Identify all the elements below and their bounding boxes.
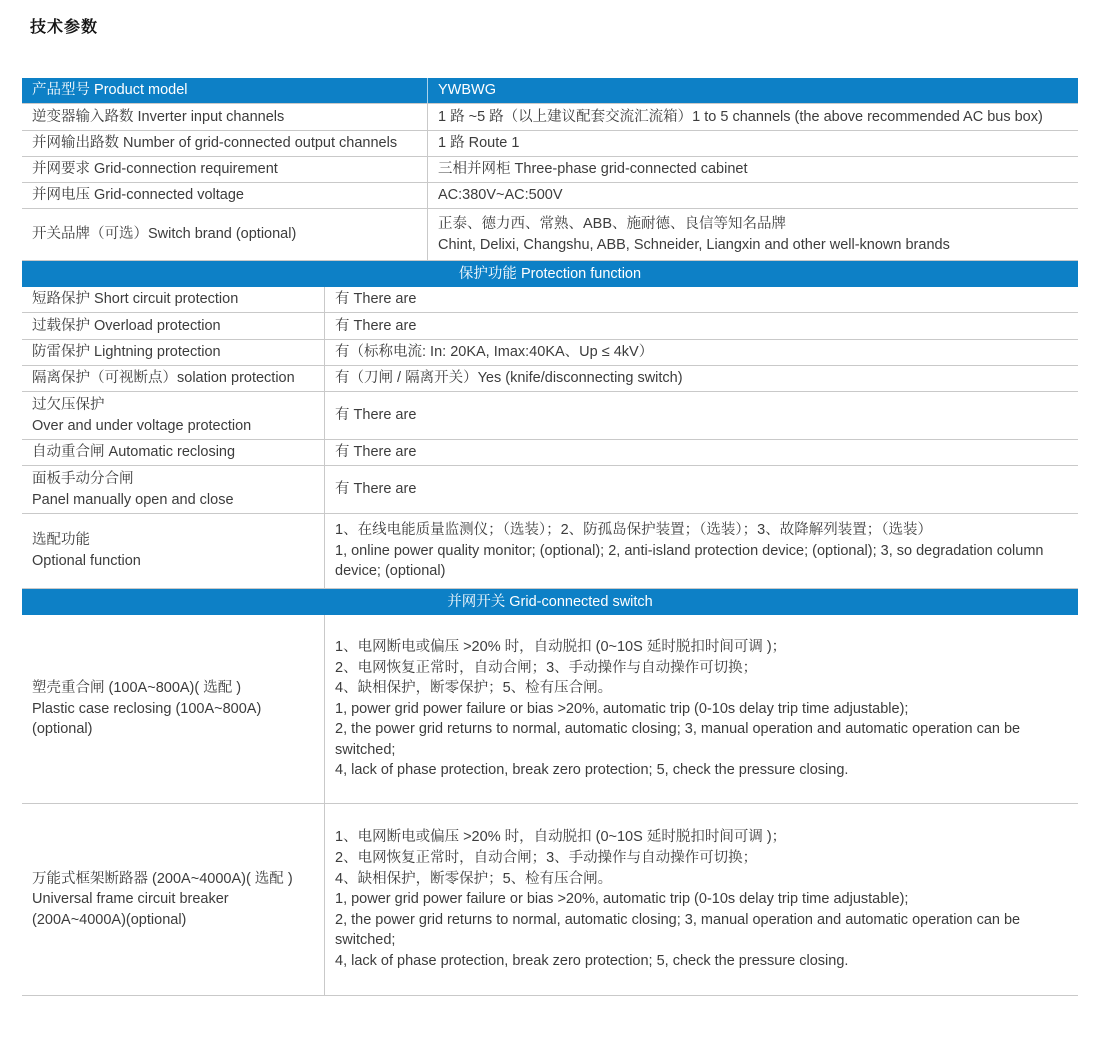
row-label: 选配功能 Optional function [32,530,141,571]
document-page: 技术参数 产品型号 Product model YWBWG 逆变器输入路数 In… [0,0,1104,1053]
row-label: 自动重合闸 Automatic reclosing [32,442,235,463]
row-value-cell: 有 There are [325,313,1078,339]
row-value: 有 There are [335,405,416,426]
row-value-cell: 1 路 Route 1 [428,131,1078,156]
row-label: 防雷保护 Lightning protection [32,342,221,363]
row-grid-connected-voltage: 并网电压 Grid-connected voltage AC:380V~AC:5… [22,183,1078,209]
row-value: 1、电网断电或偏压 >20% 时，自动脱扣 (0~10S 延时脱扣时间可调 )；… [335,827,1068,971]
row-label: 并网输出路数 Number of grid-connected output c… [32,133,397,154]
spec-table: 产品型号 Product model YWBWG 逆变器输入路数 Inverte… [22,78,1078,996]
row-label-cell: 防雷保护 Lightning protection [22,340,325,365]
row-label: 短路保护 Short circuit protection [32,289,238,310]
row-label-cell: 自动重合闸 Automatic reclosing [22,440,325,465]
row-label: 并网要求 Grid-connection requirement [32,159,278,180]
row-label-cell: 并网输出路数 Number of grid-connected output c… [22,131,428,156]
product-model-label-cell: 产品型号 Product model [22,78,428,103]
row-label: 过载保护 Overload protection [32,316,221,337]
row-label-cell: 选配功能 Optional function [22,514,325,588]
row-value-cell: 有（标称电流: In: 20KA, Imax:40KA、Up ≤ 4kV） [325,340,1078,365]
row-plastic-case-reclosing: 塑壳重合闸 (100A~800A)( 选配 ) Plastic case rec… [22,615,1078,804]
row-value: 有（标称电流: In: 20KA, Imax:40KA、Up ≤ 4kV） [335,342,653,363]
row-lightning-protection: 防雷保护 Lightning protection 有（标称电流: In: 20… [22,340,1078,366]
page-title: 技术参数 [30,14,98,37]
product-model-header-row: 产品型号 Product model YWBWG [22,78,1078,104]
row-inverter-input-channels: 逆变器输入路数 Inverter input channels 1 路 ~5 路… [22,104,1078,131]
row-value: 三相并网柜 Three-phase grid-connected cabinet [438,159,747,180]
section-title: 并网开关 Grid-connected switch [447,593,652,612]
row-label-cell: 开关品牌（可选）Switch brand (optional) [22,209,428,260]
row-automatic-reclosing: 自动重合闸 Automatic reclosing 有 There are [22,440,1078,466]
row-label-cell: 逆变器输入路数 Inverter input channels [22,104,428,130]
row-value-cell: 有 There are [325,392,1078,439]
row-label-cell: 万能式框架断路器 (200A~4000A)( 选配 ) Universal fr… [22,804,325,995]
row-value: 有 There are [335,479,416,500]
row-label-cell: 过载保护 Overload protection [22,313,325,339]
row-label-cell: 并网电压 Grid-connected voltage [22,183,428,208]
row-value-cell: 1 路 ~5 路（以上建议配套交流汇流箱）1 to 5 channels (th… [428,104,1078,130]
row-overload-protection: 过载保护 Overload protection 有 There are [22,313,1078,340]
row-value-cell: 1、在线电能质量监测仪；（选装）；2、防孤岛保护装置；（选装）；3、故降解列装置… [325,514,1078,588]
row-value: 正泰、德力西、常熟、ABB、施耐德、良信等知名品牌 Chint, Delixi,… [438,214,950,255]
row-grid-output-channels: 并网输出路数 Number of grid-connected output c… [22,131,1078,157]
row-value-cell: 有（刀闸 / 隔离开关）Yes (knife/disconnecting swi… [325,366,1078,391]
row-label-cell: 并网要求 Grid-connection requirement [22,157,428,182]
row-label: 开关品牌（可选）Switch brand (optional) [32,224,296,245]
row-value: 1 路 Route 1 [438,133,519,154]
row-short-circuit-protection: 短路保护 Short circuit protection 有 There ar… [22,287,1078,313]
row-over-under-voltage-protection: 过欠压保护 Over and under voltage protection … [22,392,1078,440]
row-value: AC:380V~AC:500V [438,185,563,206]
row-value: 有 There are [335,316,416,337]
row-label: 过欠压保护 Over and under voltage protection [32,395,251,436]
row-label-cell: 隔离保护（可视断点）solation protection [22,366,325,391]
row-label: 并网电压 Grid-connected voltage [32,185,244,206]
row-label: 逆变器输入路数 Inverter input channels [32,107,284,128]
row-label: 隔离保护（可视断点）solation protection [32,368,295,389]
row-value: 有 There are [335,442,416,463]
product-model-value: YWBWG [438,80,496,101]
section-header-protection-function: 保护功能 Protection function [22,261,1078,287]
row-value: 有（刀闸 / 隔离开关）Yes (knife/disconnecting swi… [335,368,683,389]
section-title: 保护功能 Protection function [459,265,641,284]
row-value-cell: 有 There are [325,466,1078,513]
row-grid-connection-requirement: 并网要求 Grid-connection requirement 三相并网柜 T… [22,157,1078,183]
row-optional-function: 选配功能 Optional function 1、在线电能质量监测仪；（选装）；… [22,514,1078,589]
section-header-grid-connected-switch: 并网开关 Grid-connected switch [22,589,1078,615]
row-value-cell: 1、电网断电或偏压 >20% 时，自动脱扣 (0~10S 延时脱扣时间可调 )；… [325,615,1078,803]
product-model-label: 产品型号 Product model [32,80,188,101]
row-value: 1、在线电能质量监测仪；（选装）；2、防孤岛保护装置；（选装）；3、故降解列装置… [335,520,1068,582]
row-value: 1 路 ~5 路（以上建议配套交流汇流箱）1 to 5 channels (th… [438,107,1043,128]
row-label: 面板手动分合闸 Panel manually open and close [32,469,234,510]
row-switch-brand: 开关品牌（可选）Switch brand (optional) 正泰、德力西、常… [22,209,1078,261]
row-isolation-protection: 隔离保护（可视断点）solation protection 有（刀闸 / 隔离开… [22,366,1078,392]
row-value-cell: 有 There are [325,287,1078,312]
row-value-cell: AC:380V~AC:500V [428,183,1078,208]
row-universal-frame-circuit-breaker: 万能式框架断路器 (200A~4000A)( 选配 ) Universal fr… [22,804,1078,996]
row-value-cell: 有 There are [325,440,1078,465]
product-model-value-cell: YWBWG [428,78,1078,103]
row-value-cell: 三相并网柜 Three-phase grid-connected cabinet [428,157,1078,182]
row-label-cell: 过欠压保护 Over and under voltage protection [22,392,325,439]
row-value-cell: 正泰、德力西、常熟、ABB、施耐德、良信等知名品牌 Chint, Delixi,… [428,209,1078,260]
row-label-cell: 短路保护 Short circuit protection [22,287,325,312]
row-label-cell: 面板手动分合闸 Panel manually open and close [22,466,325,513]
row-panel-manual-open-close: 面板手动分合闸 Panel manually open and close 有 … [22,466,1078,514]
row-label: 塑壳重合闸 (100A~800A)( 选配 ) Plastic case rec… [32,678,261,740]
row-label: 万能式框架断路器 (200A~4000A)( 选配 ) Universal fr… [32,869,293,931]
row-value: 1、电网断电或偏压 >20% 时，自动脱扣 (0~10S 延时脱扣时间可调 )；… [335,637,1068,781]
row-label-cell: 塑壳重合闸 (100A~800A)( 选配 ) Plastic case rec… [22,615,325,803]
row-value: 有 There are [335,289,416,310]
row-value-cell: 1、电网断电或偏压 >20% 时，自动脱扣 (0~10S 延时脱扣时间可调 )；… [325,804,1078,995]
